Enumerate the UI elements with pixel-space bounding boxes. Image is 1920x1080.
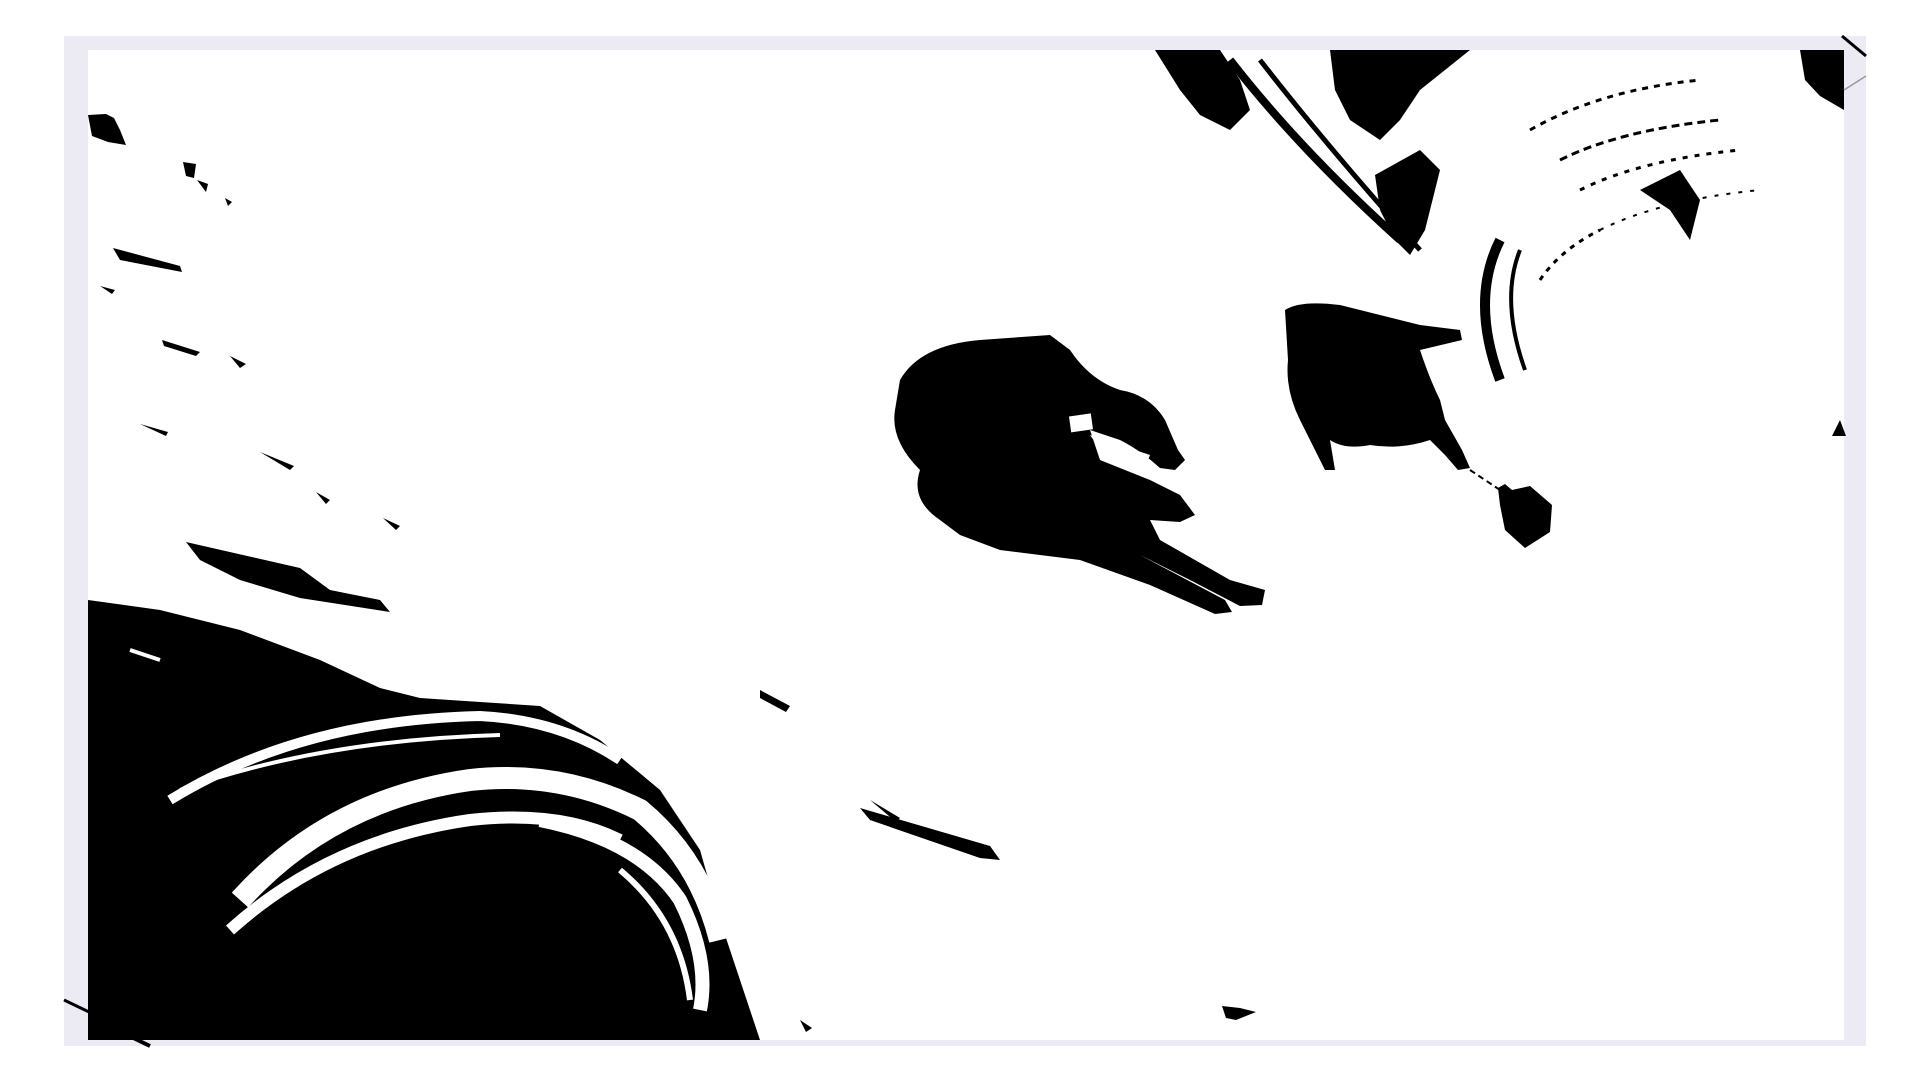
thresholded-photo xyxy=(0,0,1920,1080)
photo-frame xyxy=(0,0,1920,1080)
